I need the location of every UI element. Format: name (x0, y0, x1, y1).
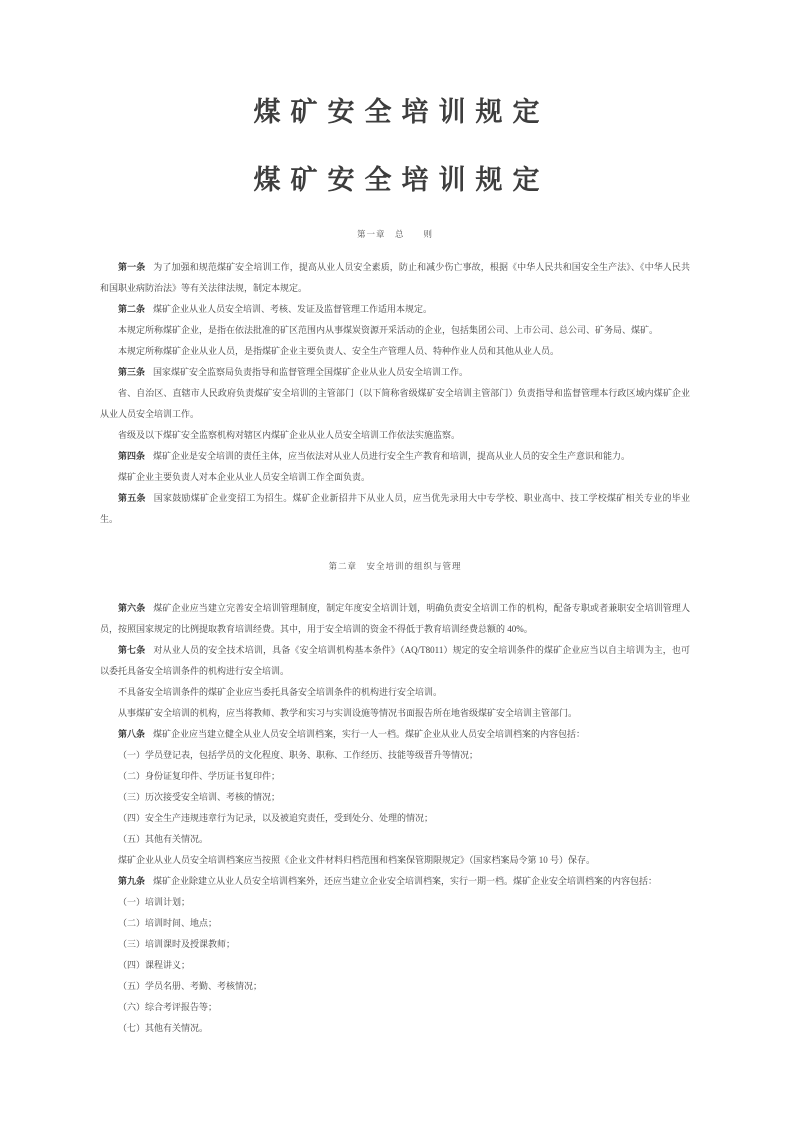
list-item-paragraph: （一）学员登记表，包括学员的文化程度、职务、职称、工作经历、技能等级晋升等情况； (100, 745, 690, 766)
article-paragraph: 煤矿企业主要负责人对本企业从业人员安全培训工作全面负责。 (100, 467, 690, 488)
document-title: 煤矿安全培训规定 (0, 96, 793, 128)
paragraph-text: 本规定所称煤矿企业，是指在依法批准的矿区范围内从事煤炭资源开采活动的企业，包括集… (118, 325, 658, 335)
article-label: 第五条 (118, 493, 146, 503)
paragraph-text: 煤矿企业是安全培训的责任主体，应当依法对从业人员进行安全生产教育和培训，提高从业… (153, 451, 630, 461)
paragraph-text: （五）学员名册、考勤、考核情况； (118, 981, 262, 991)
paragraph-text: 对从业人员的安全技术培训，具备《安全培训机构基本条件》（AQ/T8011）规定的… (100, 645, 690, 676)
paragraph-text: （五）其他有关情况。 (118, 834, 208, 844)
paragraph-text: 煤矿企业主要负责人对本企业从业人员安全培训工作全面负责。 (118, 472, 370, 482)
article-paragraph: 第八条煤矿企业应当建立健全从业人员安全培训档案，实行一人一档。煤矿企业从业人员安… (100, 724, 690, 745)
chapter-1-heading: 第一章 总 则 (100, 228, 690, 240)
paragraph-text: （一）学员登记表，包括学员的文化程度、职务、职称、工作经历、技能等级晋升等情况； (118, 750, 478, 760)
article-label: 第九条 (118, 876, 145, 886)
article-paragraph: 第四条煤矿企业是安全培训的责任主体，应当依法对从业人员进行安全生产教育和培训，提… (100, 446, 690, 467)
paragraph-text: （三）培训课时及授课教师； (118, 939, 235, 949)
article-label: 第四条 (118, 451, 145, 461)
paragraph-text: 煤矿企业应当建立完善安全培训管理制度，制定年度安全培训计划，明确负责安全培训工作… (100, 603, 690, 634)
paragraph-text: （四）安全生产违规违章行为记录，以及被追究责任，受到处分、处理的情况； (118, 813, 433, 823)
paragraph-text: 省级及以下煤矿安全监察机构对辖区内煤矿企业从业人员安全培训工作依法实施监察。 (118, 430, 460, 440)
paragraph-text: 国家煤矿安全监察局负责指导和监督管理全国煤矿企业从业人员安全培训工作。 (153, 367, 468, 377)
paragraph-text: 省、自治区、直辖市人民政府负责煤矿安全培训的主管部门（以下简称省级煤矿安全培训主… (100, 388, 690, 419)
document-page: 煤矿安全培训规定 煤矿安全培训规定 第一章 总 则 第一条为了加强和规范煤矿安全… (0, 0, 793, 1122)
paragraph-text: （一）培训计划； (118, 897, 190, 907)
paragraph-text: （六）综合考评报告等； (118, 1002, 217, 1012)
article-paragraph: 第一条为了加强和规范煤矿安全培训工作，提高从业人员安全素质，防止和减少伤亡事故，… (100, 257, 690, 299)
article-paragraph: 第三条国家煤矿安全监察局负责指导和监督管理全国煤矿企业从业人员安全培训工作。 (100, 362, 690, 383)
list-item-paragraph: （一）培训计划； (100, 892, 690, 913)
document-body: 第一章 总 则 第一条为了加强和规范煤矿安全培训工作，提高从业人员安全素质，防止… (100, 228, 690, 1039)
article-paragraph: 本规定所称煤矿企业从业人员，是指煤矿企业主要负责人、安全生产管理人员、特种作业人… (100, 341, 690, 362)
paragraph-text: 煤矿企业除建立从业人员安全培训档案外，还应当建立企业安全培训档案，实行一期一档。… (153, 876, 657, 886)
list-item-paragraph: （五）学员名册、考勤、考核情况； (100, 976, 690, 997)
article-label: 第七条 (118, 645, 145, 655)
list-item-paragraph: （二）培训时间、地点； (100, 913, 690, 934)
article-label: 第六条 (118, 603, 145, 613)
article-paragraph: 第七条对从业人员的安全技术培训，具备《安全培训机构基本条件》（AQ/T8011）… (100, 640, 690, 682)
document-title-repeat: 煤矿安全培训规定 (0, 164, 793, 196)
article-paragraph: 不具备安全培训条件的煤矿企业应当委托具备安全培训条件的机构进行安全培训。 (100, 682, 690, 703)
article-label: 第一条 (118, 262, 145, 272)
list-item-paragraph: （六）综合考评报告等； (100, 997, 690, 1018)
article-label: 第三条 (118, 367, 145, 377)
article-paragraph: 第五条国家鼓励煤矿企业变招工为招生。煤矿企业新招井下从业人员，应当优先录用大中专… (100, 488, 690, 530)
paragraph-text: 为了加强和规范煤矿安全培训工作，提高从业人员安全素质，防止和减少伤亡事故，根据《… (100, 262, 690, 293)
paragraph-text: （四）课程讲义； (118, 960, 190, 970)
list-item-paragraph: （五）其他有关情况。 (100, 829, 690, 850)
article-paragraph: 从事煤矿安全培训的机构，应当将教师、教学和实习与实训设施等情况书面报告所在地省级… (100, 703, 690, 724)
article-paragraph: 第二条煤矿企业从业人员安全培训、考核、发证及监督管理工作适用本规定。 (100, 299, 690, 320)
list-item-paragraph: （三）培训课时及授课教师； (100, 934, 690, 955)
paragraph-text: 煤矿企业从业人员安全培训档案应当按照《企业文件材料归档范围和档案保管期限规定》（… (118, 855, 595, 865)
paragraph-text: 不具备安全培训条件的煤矿企业应当委托具备安全培训条件的机构进行安全培训。 (118, 687, 442, 697)
paragraph-text: （三）历次接受安全培训、考核的情况； (118, 792, 280, 802)
list-item-paragraph: （四）课程讲义； (100, 955, 690, 976)
article-paragraph: 省、自治区、直辖市人民政府负责煤矿安全培训的主管部门（以下简称省级煤矿安全培训主… (100, 383, 690, 425)
paragraph-text: 煤矿企业从业人员安全培训、考核、发证及监督管理工作适用本规定。 (153, 304, 432, 314)
article-paragraph: 第九条煤矿企业除建立从业人员安全培训档案外，还应当建立企业安全培训档案，实行一期… (100, 871, 690, 892)
article-paragraph: 第六条煤矿企业应当建立完善安全培训管理制度，制定年度安全培训计划，明确负责安全培… (100, 598, 690, 640)
paragraph-text: （七）其他有关情况。 (118, 1023, 208, 1033)
article-paragraph: 本规定所称煤矿企业，是指在依法批准的矿区范围内从事煤炭资源开采活动的企业，包括集… (100, 320, 690, 341)
article-label: 第八条 (118, 729, 145, 739)
article-label: 第二条 (118, 304, 145, 314)
paragraph-text: （二）身份证复印件、学历证书复印件； (118, 771, 280, 781)
list-item-paragraph: （七）其他有关情况。 (100, 1018, 690, 1039)
list-item-paragraph: （二）身份证复印件、学历证书复印件； (100, 766, 690, 787)
article-paragraph: 煤矿企业从业人员安全培训档案应当按照《企业文件材料归档范围和档案保管期限规定》（… (100, 850, 690, 871)
list-item-paragraph: （三）历次接受安全培训、考核的情况； (100, 787, 690, 808)
paragraph-text: 本规定所称煤矿企业从业人员，是指煤矿企业主要负责人、安全生产管理人员、特种作业人… (118, 346, 559, 356)
chapter-2-heading: 第二章 安全培训的组织与管理 (100, 560, 690, 572)
paragraph-text: 国家鼓励煤矿企业变招工为招生。煤矿企业新招井下从业人员，应当优先录用大中专学校、… (100, 493, 690, 524)
paragraph-text: 从事煤矿安全培训的机构，应当将教师、教学和实习与实训设施等情况书面报告所在地省级… (118, 708, 577, 718)
paragraph-text: （二）培训时间、地点； (118, 918, 217, 928)
list-item-paragraph: （四）安全生产违规违章行为记录，以及被追究责任，受到处分、处理的情况； (100, 808, 690, 829)
article-paragraph: 省级及以下煤矿安全监察机构对辖区内煤矿企业从业人员安全培训工作依法实施监察。 (100, 425, 690, 446)
paragraph-text: 煤矿企业应当建立健全从业人员安全培训档案，实行一人一档。煤矿企业从业人员安全培训… (153, 729, 585, 739)
